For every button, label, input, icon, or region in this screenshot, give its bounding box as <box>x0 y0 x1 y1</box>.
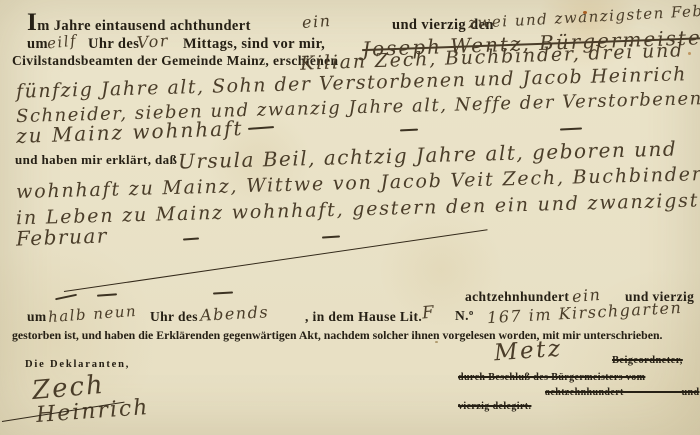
handwritten-daypart: Vor <box>136 31 169 52</box>
printed-erklaert-dass: und haben mir erklärt, daß <box>15 152 177 168</box>
ink-speck <box>435 341 438 343</box>
printed-struck-beigeordneter: Beigeordneter, <box>612 355 683 366</box>
printed-uhr-des: Uhr des <box>88 36 139 53</box>
death-record-document: Im Jahre eintausend achthundert ein und … <box>0 0 700 435</box>
fill-dash <box>97 293 117 296</box>
printed-no-label: N.º <box>455 308 474 324</box>
printed-in-dem-hause-lit: , in dem Hause Lit. <box>305 309 422 325</box>
signature-official: Metz <box>493 336 563 367</box>
fill-dash <box>183 237 199 240</box>
printed-uhr-des-2: Uhr des <box>150 309 198 325</box>
handwritten-death-time: halb neun <box>47 302 137 326</box>
printed-year-prefix: Im Jahre eintausend achthundert <box>27 13 251 35</box>
printed-closing-sentence: gestorben ist, und haben die Erklärenden… <box>12 328 662 343</box>
fill-dash <box>213 291 233 294</box>
ink-speck <box>583 11 587 14</box>
printed-struck-delegation-line2: achtzehnhundert ————— und <box>545 387 699 398</box>
printed-achtzehnhundert: achtzehnhundert <box>465 289 569 305</box>
ink-speck <box>688 52 691 55</box>
fill-dash <box>322 235 340 238</box>
handwritten-line10: Februar <box>16 223 109 250</box>
printed-struck-delegation-line1: durch Beschluß des Bürgermeisters vom <box>458 372 645 383</box>
printed-struck-delegation-line3: vierzig delegirt. <box>458 401 531 412</box>
handwritten-hour: eilf <box>46 31 78 52</box>
fill-dash <box>560 127 582 130</box>
handwritten-death-daypart: Abends <box>200 302 270 325</box>
printed-mittags-vor-mir: Mittags, sind vor mir, <box>183 36 325 53</box>
printed-civil-registrar-line: Civilstandsbeamten der Gemeinde Mainz, e… <box>12 53 338 69</box>
printed-um: um <box>27 36 48 53</box>
fill-dash <box>400 129 418 132</box>
fill-dash <box>248 126 274 129</box>
declarants-label: Die Deklaranten, <box>25 359 130 370</box>
printed-um-2: um <box>27 309 47 325</box>
handwritten-lit-letter: F <box>421 302 436 323</box>
fill-dash <box>55 294 77 300</box>
handwritten-year-units: ein <box>301 11 332 32</box>
diagonal-strike-line <box>64 229 488 292</box>
